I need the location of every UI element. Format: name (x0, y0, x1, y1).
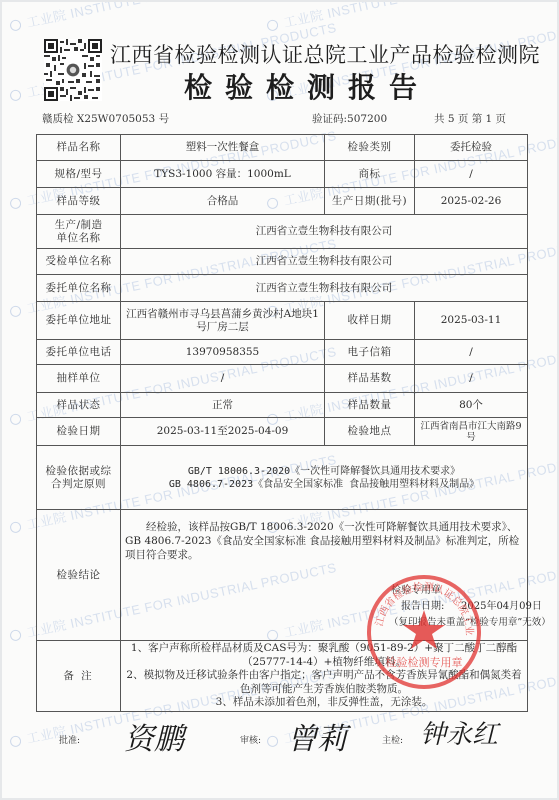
table-row: 检验日期 2025-03-11至2025-04-09 检验地点 江西省南昌市江大… (37, 418, 528, 446)
row-value: 2025-03-11至2025-04-09 (121, 418, 325, 446)
watermark-logo-icon (9, 413, 22, 426)
row-label: 样品等级 (37, 188, 121, 215)
row-label: 样品名称 (37, 135, 121, 161)
conclusion-text: 经检验，该样品按GB/T 18006.3-2020《一次性可降解餐饮具通用技术要… (125, 520, 523, 562)
row-value: 80个 (415, 393, 528, 418)
row-value: 委托检验 (415, 135, 528, 161)
watermark-logo-icon (266, 735, 279, 748)
row-value: 塑料一次性餐盒 (121, 135, 325, 161)
row-value: 江西省南昌市江大南路9号 (415, 418, 528, 446)
row-label: 收样日期 (325, 302, 415, 340)
remark-line: 3、样品未添加着色剂，非反弹性盖，无涂装。 (124, 696, 524, 710)
row-label: 样品数量 (325, 393, 415, 418)
table-row: 生产/制造单位名称 江西省立壹生物科技有限公司 (37, 215, 528, 249)
watermark-logo-icon (9, 197, 22, 210)
table-row: 受检单位名称 江西省立壹生物科技有限公司 (37, 249, 528, 275)
watermark: 工业院 INSTITUTE FOR INDUSTRIAL PRODUCTS (8, 2, 338, 35)
row-value: 2025-02-26 (415, 188, 528, 215)
table-row: 委托单位地址 江西省赣州市寻乌县菖蒲乡黄沙村A地块1号厂房二层 收样日期 202… (37, 302, 528, 340)
review-signature: 曾莉 (287, 714, 347, 758)
row-value: 江西省立壹生物科技有限公司 (121, 215, 528, 249)
qr-code-icon[interactable] (44, 39, 102, 101)
row-label: 检验类别 (325, 135, 415, 161)
row-value: 江西省立壹生物科技有限公司 (121, 275, 528, 302)
row-value: 13970958355 (121, 340, 325, 365)
row-value: TYS3-1000 容量：1000mL (121, 161, 325, 188)
row-value: 江西省立壹生物科技有限公司 (121, 249, 528, 275)
row-label: 样品状态 (37, 393, 121, 418)
row-label: 生产日期(批号) (325, 188, 415, 215)
row-value: / (415, 365, 528, 393)
report-page: 工业院 INSTITUTE FOR INDUSTRIAL PRODUCTS 工业… (2, 2, 557, 798)
row-label: 电子信箱 (325, 340, 415, 365)
watermark-logo-icon (9, 89, 22, 102)
table-row: 委托单位电话 13970958355 电子信箱 / (37, 340, 528, 365)
basis-line: GB/T 18006.3-2020《一次性可降解餐饮具通用技术要求》 (124, 465, 524, 478)
table-row: 样品名称 塑料一次性餐盒 检验类别 委托检验 (37, 135, 528, 161)
row-value: / (415, 161, 528, 188)
conclusion-label: 检验结论 (37, 510, 121, 641)
table-row-basis: 检验依据或综合判定原则 GB/T 18006.3-2020《一次性可降解餐饮具通… (37, 446, 528, 510)
page-info: 共 5 页 第 1 页 (434, 111, 506, 126)
basis-line: GB 4806.7-2023《食品安全国家标准 食品接触用塑料材料及制品》 (124, 478, 524, 491)
row-label: 委托单位地址 (37, 302, 121, 340)
basis-label: 检验依据或综合判定原则 (37, 446, 121, 510)
review-label: 审核: (240, 733, 261, 746)
table-row: 样品等级 合格品 生产日期(批号) 2025-02-26 (37, 188, 528, 215)
row-label: 商标 (325, 161, 415, 188)
watermark: 工业院 INSTITUTE FOR INDUSTRIAL PRODUCTS (265, 2, 557, 35)
row-label: 生产/制造单位名称 (37, 215, 121, 249)
row-value: 正常 (121, 393, 325, 418)
report-title: 检验检测报告 (184, 66, 430, 106)
table-row: 抽样单位 / 样品基数 / (37, 365, 528, 393)
basis-value: GB/T 18006.3-2020《一次性可降解餐饮具通用技术要求》 GB 48… (121, 446, 528, 510)
table-row: 样品状态 正常 样品数量 80个 (37, 393, 528, 418)
row-value: 江西省赣州市寻乌县菖蒲乡黄沙村A地块1号厂房二层 (121, 302, 325, 340)
institute-name: 江西省检验检测认证总院工业产品检验检测院 (110, 39, 540, 69)
verify-code: 验证码:507200 (312, 111, 387, 126)
report-number: 赣质检 X25W0705053 号 (42, 111, 169, 126)
row-label: 委托单位名称 (37, 275, 121, 302)
inspect-signature: 钟永红 (420, 714, 498, 751)
row-label: 委托单位电话 (37, 340, 121, 365)
watermark-logo-icon (9, 735, 22, 748)
row-label: 受检单位名称 (37, 249, 121, 275)
row-label: 样品基数 (325, 365, 415, 393)
approve-label: 批准: (59, 733, 80, 746)
row-value: / (415, 340, 528, 365)
row-label: 规格/型号 (37, 161, 121, 188)
row-label: 抽样单位 (37, 365, 121, 393)
table-row: 委托单位名称 江西省立壹生物科技有限公司 (37, 275, 528, 302)
watermark-logo-icon (9, 305, 22, 318)
row-label: 检验日期 (37, 418, 121, 446)
official-stamp-icon: 江西省检验检测认证总院工业产品 检验检测专用章 (364, 572, 484, 692)
row-label: 检验地点 (325, 418, 415, 446)
approve-signature: 资鹏 (124, 714, 184, 758)
row-value: 合格品 (121, 188, 325, 215)
svg-text:检验检测专用章: 检验检测专用章 (386, 655, 463, 669)
watermark-logo-icon (266, 19, 279, 32)
inspect-label: 主检: (382, 733, 403, 746)
watermark-logo-icon (9, 629, 22, 642)
row-value: / (121, 365, 325, 393)
remarks-label: 备 注 (37, 641, 121, 712)
row-value: 2025-03-11 (415, 302, 528, 340)
watermark-logo-icon (9, 19, 22, 32)
watermark-logo-icon (9, 521, 22, 534)
table-row: 规格/型号 TYS3-1000 容量：1000mL 商标 / (37, 161, 528, 188)
